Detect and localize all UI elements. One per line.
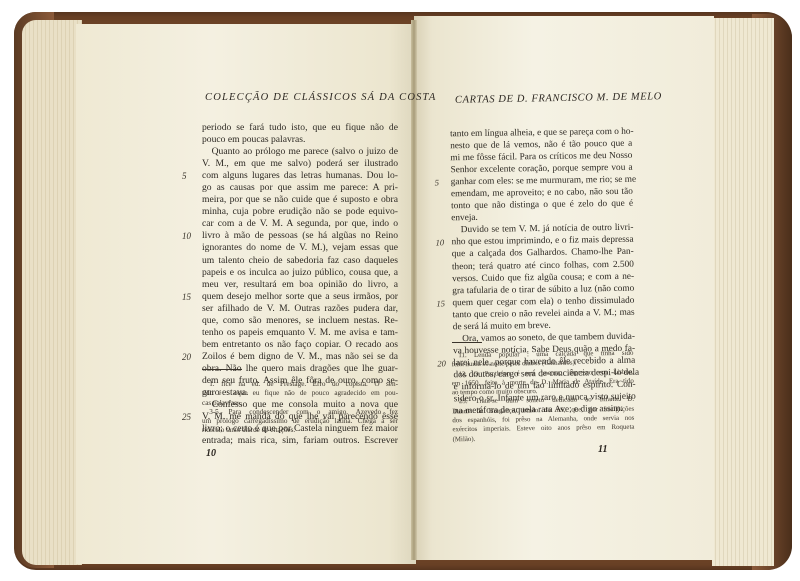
text-line: ignorantes do nome de V. M.), vejam essa… bbox=[202, 242, 398, 254]
line-text: ignorantes do nome de V. M.), vejam essa… bbox=[202, 242, 398, 253]
line-number: 5 bbox=[435, 177, 439, 189]
text-line: minha, cuja pobre erudição não se pode e… bbox=[202, 206, 398, 218]
footnote-line: 3-5. Para condescender com o amigo. Azev… bbox=[202, 408, 398, 417]
line-number: 20 bbox=[437, 357, 446, 369]
running-head-left: COLECÇÃO DE CLÁSSICOS SÁ DA COSTA bbox=[205, 92, 436, 103]
line-text: go as causas por que assim me parece: A … bbox=[202, 182, 398, 193]
line-text: de será lá muito em breve. bbox=[453, 321, 551, 332]
line-text: enveja. bbox=[451, 213, 478, 223]
page-number-left: 10 bbox=[206, 448, 216, 459]
line-text: um talento cheio de sabedoria faz caso d… bbox=[202, 255, 398, 266]
text-line: bem entretanto os não faço copiar. O rec… bbox=[202, 339, 398, 351]
text-line: papeis e os inculca ao juizo público, co… bbox=[202, 267, 398, 279]
line-number: 5 bbox=[182, 170, 187, 182]
footnote-line: tido é : «que eu fique não de pouco agra… bbox=[202, 389, 398, 398]
left-page-footnotes: 1. fice na ed. de Prestage. Êrro do copi… bbox=[202, 380, 398, 436]
line-text: pouco em poucas palavras. bbox=[202, 134, 305, 145]
line-number: 15 bbox=[182, 291, 191, 303]
line-text: livro à mão de pessoas (se há algũas no … bbox=[202, 230, 398, 241]
line-text: minha, cuja pobre erudição não se pode e… bbox=[202, 206, 398, 217]
text-line: entrada; mais rica, sim, fariam outros. … bbox=[202, 435, 398, 447]
footnote-rule-right bbox=[452, 342, 482, 343]
text-line: 15quem desejo melhor sorte que a seus ir… bbox=[202, 291, 398, 303]
line-text: Zoilos é bem digno de V. M., mas não sei… bbox=[202, 351, 398, 362]
line-text: ser afilhado de V. M. Outras razões pude… bbox=[202, 303, 398, 314]
right-page-footnotes: 11. Lenda popular : uma calçada que tinh… bbox=[451, 349, 634, 445]
line-text: meu ver, resultará em boa opinião do liv… bbox=[202, 279, 398, 290]
line-number: 10 bbox=[182, 230, 191, 242]
line-text: quem desejo melhor sorte que a seus irmã… bbox=[202, 291, 398, 302]
line-text: car com a de V. M. A segunda, por que, i… bbox=[202, 218, 398, 229]
footnote-line: 1. fice na ed. de Prestage. Êrro do copi… bbox=[202, 380, 398, 389]
line-text: meira, por que se não cuide que é supost… bbox=[202, 194, 398, 205]
line-number: 25 bbox=[182, 411, 191, 423]
line-text: papeis e os inculca ao juizo público, co… bbox=[202, 267, 398, 278]
page-stack-left bbox=[22, 20, 82, 565]
text-line: 10livro à mão de pessoas (se há algũas n… bbox=[202, 230, 398, 242]
text-line: meira, por que se não cuide que é supost… bbox=[202, 194, 398, 206]
footnote-line: ridículo tanto alarde de citações. bbox=[202, 426, 398, 435]
line-text: V. M., em que me salvo) poderá ser ilust… bbox=[202, 158, 398, 169]
text-line: go as causas por que assim me parece: A … bbox=[202, 182, 398, 194]
text-line: pouco em poucas palavras. bbox=[202, 134, 398, 146]
footnote-line: um prólogo carregadíssimo de erudição la… bbox=[202, 417, 398, 426]
line-number: 15 bbox=[436, 297, 445, 309]
text-line: um talento cheio de sabedoria faz caso d… bbox=[202, 255, 398, 267]
text-line: tenho os papeis emquanto V. M. me avisa … bbox=[202, 327, 398, 339]
footnote-rule-left bbox=[202, 369, 242, 370]
text-line: meu ver, resultará em boa opinião do liv… bbox=[202, 279, 398, 291]
line-text: periodo se fará tudo isto, que eu fique … bbox=[202, 122, 398, 133]
line-text: bem entretanto os não faço copiar. O rec… bbox=[202, 339, 398, 350]
text-line: ser afilhado de V. M. Outras razões pude… bbox=[202, 303, 398, 315]
text-line: car com a de V. M. A segunda, por que, i… bbox=[202, 218, 398, 230]
page-number-right: 11 bbox=[598, 444, 607, 455]
text-line: Quanto ao prólogo me parece (salvo o jui… bbox=[202, 146, 398, 158]
page-stack-right bbox=[712, 18, 774, 566]
text-line: que, como são menores, se incluem nestas… bbox=[202, 315, 398, 327]
footnote-line: cas palavras». bbox=[202, 399, 398, 408]
line-text: Quanto ao prólogo me parece (salvo o jui… bbox=[202, 146, 398, 157]
line-number: 10 bbox=[436, 237, 445, 249]
line-text: entrada; mais rica, sim, fariam outros. … bbox=[202, 435, 398, 446]
line-text: que, como são menores, se incluem nestas… bbox=[202, 315, 398, 326]
text-line: 20Zoilos é bem digno de V. M., mas não s… bbox=[202, 351, 398, 363]
text-line: V. M., em que me salvo) poderá ser ilust… bbox=[202, 158, 398, 170]
line-number: 20 bbox=[182, 351, 191, 363]
text-line: periodo se fará tudo isto, que eu fique … bbox=[202, 122, 398, 134]
line-text: tenho os papeis emquanto V. M. me avisa … bbox=[202, 327, 398, 338]
text-line: 5com alguns lugares das letras humanas. … bbox=[202, 170, 398, 182]
line-text: com alguns lugares das letras humanas. D… bbox=[202, 170, 398, 181]
